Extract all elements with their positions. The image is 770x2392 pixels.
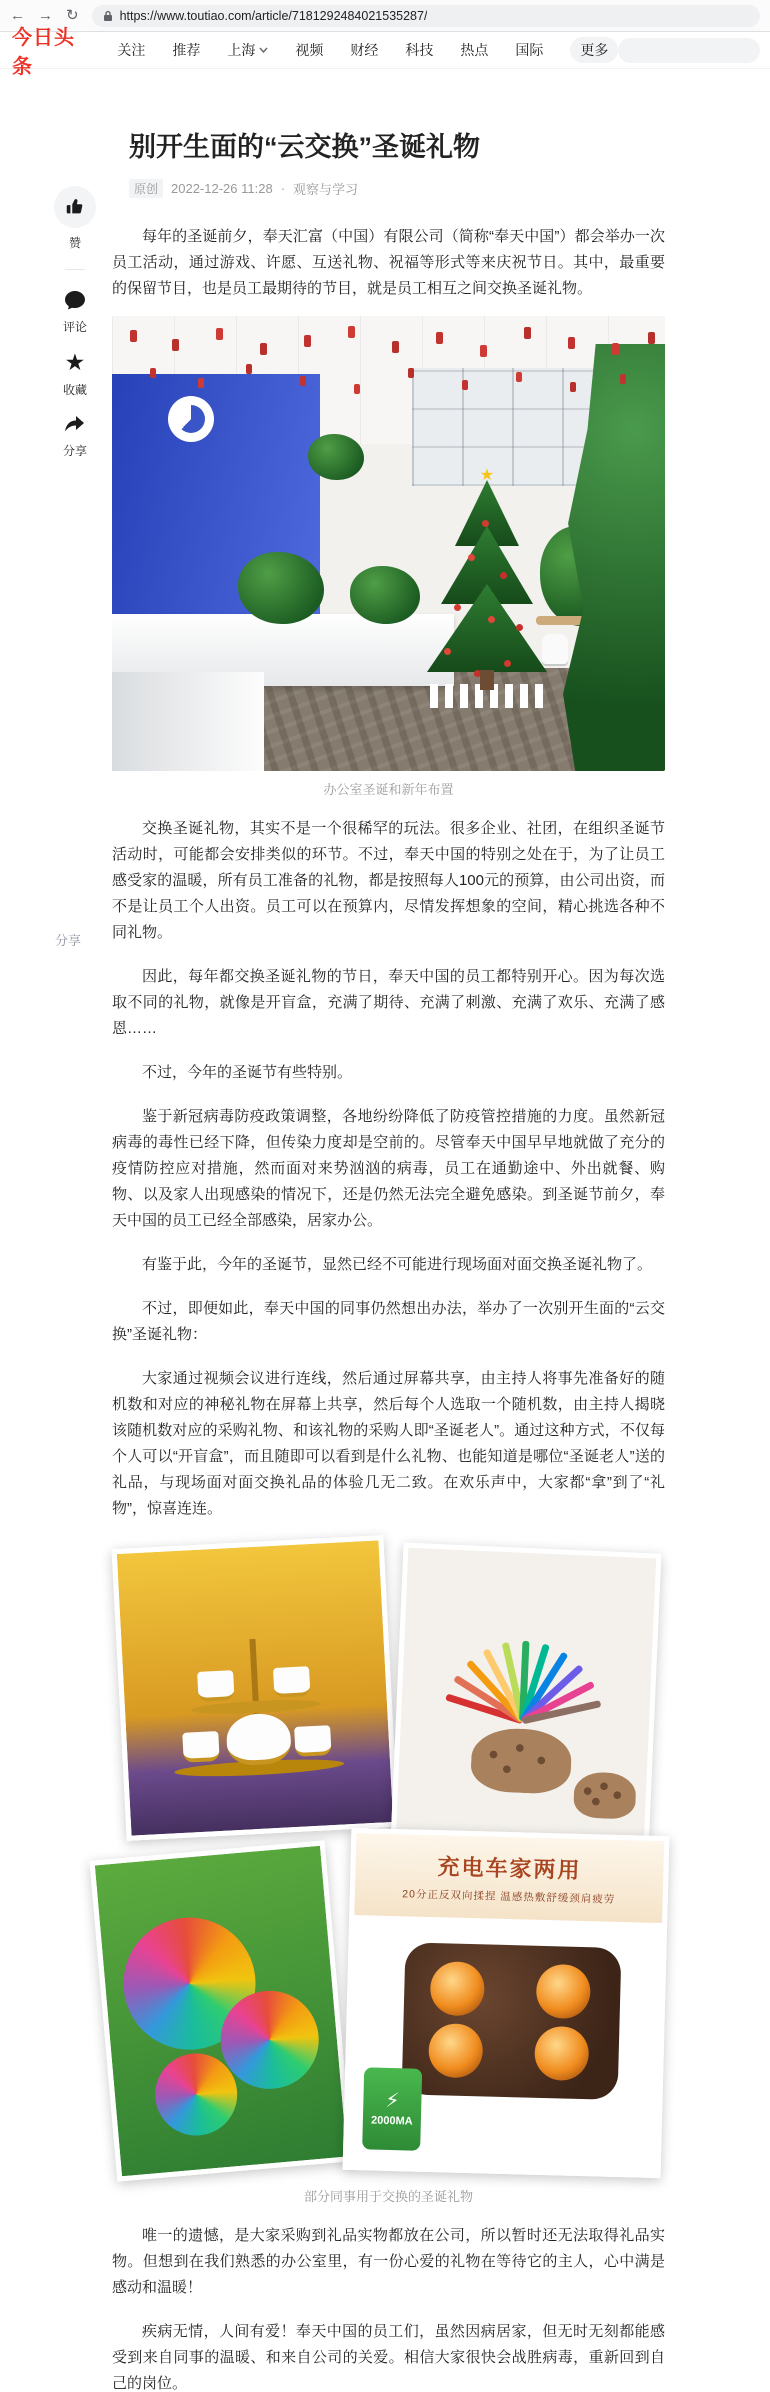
nav-item-tech[interactable]: 科技: [405, 40, 433, 60]
nav-item-world[interactable]: 国际: [515, 40, 543, 60]
address-bar[interactable]: https://www.toutiao.com/article/71812924…: [92, 5, 760, 27]
star-icon: [65, 351, 86, 375]
plant: [350, 566, 420, 624]
share-arrow-icon: [63, 414, 87, 436]
like-button[interactable]: 赞: [54, 186, 96, 251]
company-logo-circle: [168, 396, 214, 442]
nav-item-follow[interactable]: 关注: [117, 40, 145, 60]
favorite-button[interactable]: 收藏: [63, 351, 87, 398]
colored-pencils-photo: [391, 1543, 662, 1854]
paragraph: 有鉴于此，今年的圣诞节，显然已经不可能进行现场面对面交换圣诞礼物了。: [112, 1252, 665, 1278]
like-circle[interactable]: [54, 186, 96, 228]
paragraph: 鉴于新冠病毒防疫政策调整，各地纷纷降低了防疫管控措施的力度。虽然新冠病毒的毒性已…: [112, 1104, 665, 1234]
toutiao-logo[interactable]: 今日头条: [12, 21, 91, 79]
nav-city-label: 上海: [227, 40, 255, 60]
paragraph: 不过，即便如此，奉天中国的同事仍然想出办法，举办了一次别开生面的“云交换”圣诞礼…: [112, 1296, 665, 1348]
pillow-ad-subtitle: 20分正反双向揉捏 温感热敷舒缓颈肩疲劳: [402, 1886, 615, 1907]
paragraph: 唯一的遗憾，是大家采购到礼品实物都放在公司，所以暂时还无法取得礼品实物。但想到在…: [112, 2223, 665, 2301]
gifts-collage-photo[interactable]: 充电车家两用 20分正反双向揉捏 温感热敷舒缓颈肩疲劳 ⚡ 2000MA: [101, 1538, 676, 2178]
original-badge: 原创: [129, 179, 163, 198]
plant: [308, 434, 364, 480]
lock-icon: [103, 10, 113, 22]
thumb-up-icon: [64, 196, 86, 218]
publish-date: 2022-12-26 11:28: [171, 181, 273, 196]
action-rail: 赞 评论 收藏 分享: [52, 186, 98, 475]
paragraph: 交换圣诞礼物，其实不是一个很稀罕的玩法。很多企业、社团，在组织圣诞节活动时，可能…: [112, 816, 665, 946]
nav-item-recommend[interactable]: 推荐: [172, 40, 200, 60]
comment-label: 评论: [63, 318, 87, 335]
christmas-tree: [426, 480, 548, 692]
pillow-ad-title: 充电车家两用: [437, 1850, 582, 1885]
hedgehog-holder: [573, 1771, 637, 1820]
paragraph: 大家通过视频会议进行连线，然后通过屏幕共享，由主持人将事先准备好的随机数和对应的…: [112, 1366, 665, 1522]
plant: [238, 552, 324, 624]
site-header: 今日头条 关注 推荐 上海 视频 财经 科技 热点 国际 更多: [0, 32, 770, 69]
article-meta: 原创 2022-12-26 11:28 · 观察与学习: [129, 179, 665, 198]
paper-fans-photo: [89, 1840, 352, 2181]
share-button[interactable]: 分享: [63, 414, 87, 459]
hedgehog-holder: [470, 1727, 573, 1795]
article-title: 别开生面的“云交换”圣诞礼物: [129, 129, 665, 165]
tree-ornaments: [482, 520, 489, 527]
massage-pillow-photo: 充电车家两用 20分正反双向揉捏 温感热敷舒缓颈肩疲劳 ⚡ 2000MA: [343, 1828, 670, 2178]
pillow-ad-header: 充电车家两用 20分正反双向揉捏 温感热敷舒缓颈肩疲劳: [354, 1833, 664, 1923]
photo-front-desk: [112, 672, 264, 771]
chevron-down-icon: [259, 47, 268, 53]
red-decorations: [130, 330, 137, 342]
search-input[interactable]: [618, 38, 760, 63]
comment-icon: [63, 288, 87, 312]
nav-item-hot[interactable]: 热点: [460, 40, 488, 60]
office-photo-caption: 办公室圣诞和新年布置: [112, 779, 665, 798]
lightning-icon: ⚡: [385, 2091, 400, 2111]
like-label: 赞: [69, 234, 81, 251]
tea-set-photo: [112, 1535, 399, 1841]
nav-item-more[interactable]: 更多: [570, 37, 618, 63]
battery-badge: ⚡ 2000MA: [362, 2067, 422, 2150]
url-text: https://www.toutiao.com/article/71812924…: [120, 9, 428, 23]
office-photo[interactable]: [112, 316, 665, 771]
tree-trunk: [480, 670, 494, 690]
red-decorations: [150, 368, 156, 378]
meta-dot: ·: [281, 181, 285, 196]
paragraph: 每年的圣诞前夕，奉天汇富（中国）有限公司（简称“奉天中国”）都会举办一次员工活动…: [112, 224, 665, 302]
battery-label: 2000MA: [371, 2115, 413, 2128]
floating-share-label[interactable]: 分享: [55, 930, 81, 949]
nav-item-finance[interactable]: 财经: [350, 40, 378, 60]
browser-toolbar: ← → ↻ https://www.toutiao.com/article/71…: [0, 0, 770, 32]
article: 别开生面的“云交换”圣诞礼物 原创 2022-12-26 11:28 · 观察与…: [112, 129, 665, 2392]
gifts-photo-caption: 部分同事用于交换的圣诞礼物: [112, 2186, 665, 2205]
teapot: [225, 1712, 292, 1766]
author-link[interactable]: 观察与学习: [293, 179, 358, 198]
favorite-label: 收藏: [63, 381, 87, 398]
paragraph: 不过，今年的圣诞节有些特别。: [112, 1060, 665, 1086]
paragraph: 因此，每年都交换圣诞礼物的节日，奉天中国的员工都特别开心。因为每次选取不同的礼物…: [112, 964, 665, 1042]
nav-item-city[interactable]: 上海: [227, 40, 268, 60]
paragraph: 疾病无情，人间有爱！奉天中国的员工们，虽然因病居家，但无时无刻都能感受到来自同事…: [112, 2319, 665, 2392]
massage-pillow: [402, 1942, 622, 2100]
share-label: 分享: [63, 442, 87, 459]
nav-item-video[interactable]: 视频: [295, 40, 323, 60]
comment-button[interactable]: 评论: [63, 288, 87, 335]
rail-divider: [65, 269, 85, 270]
